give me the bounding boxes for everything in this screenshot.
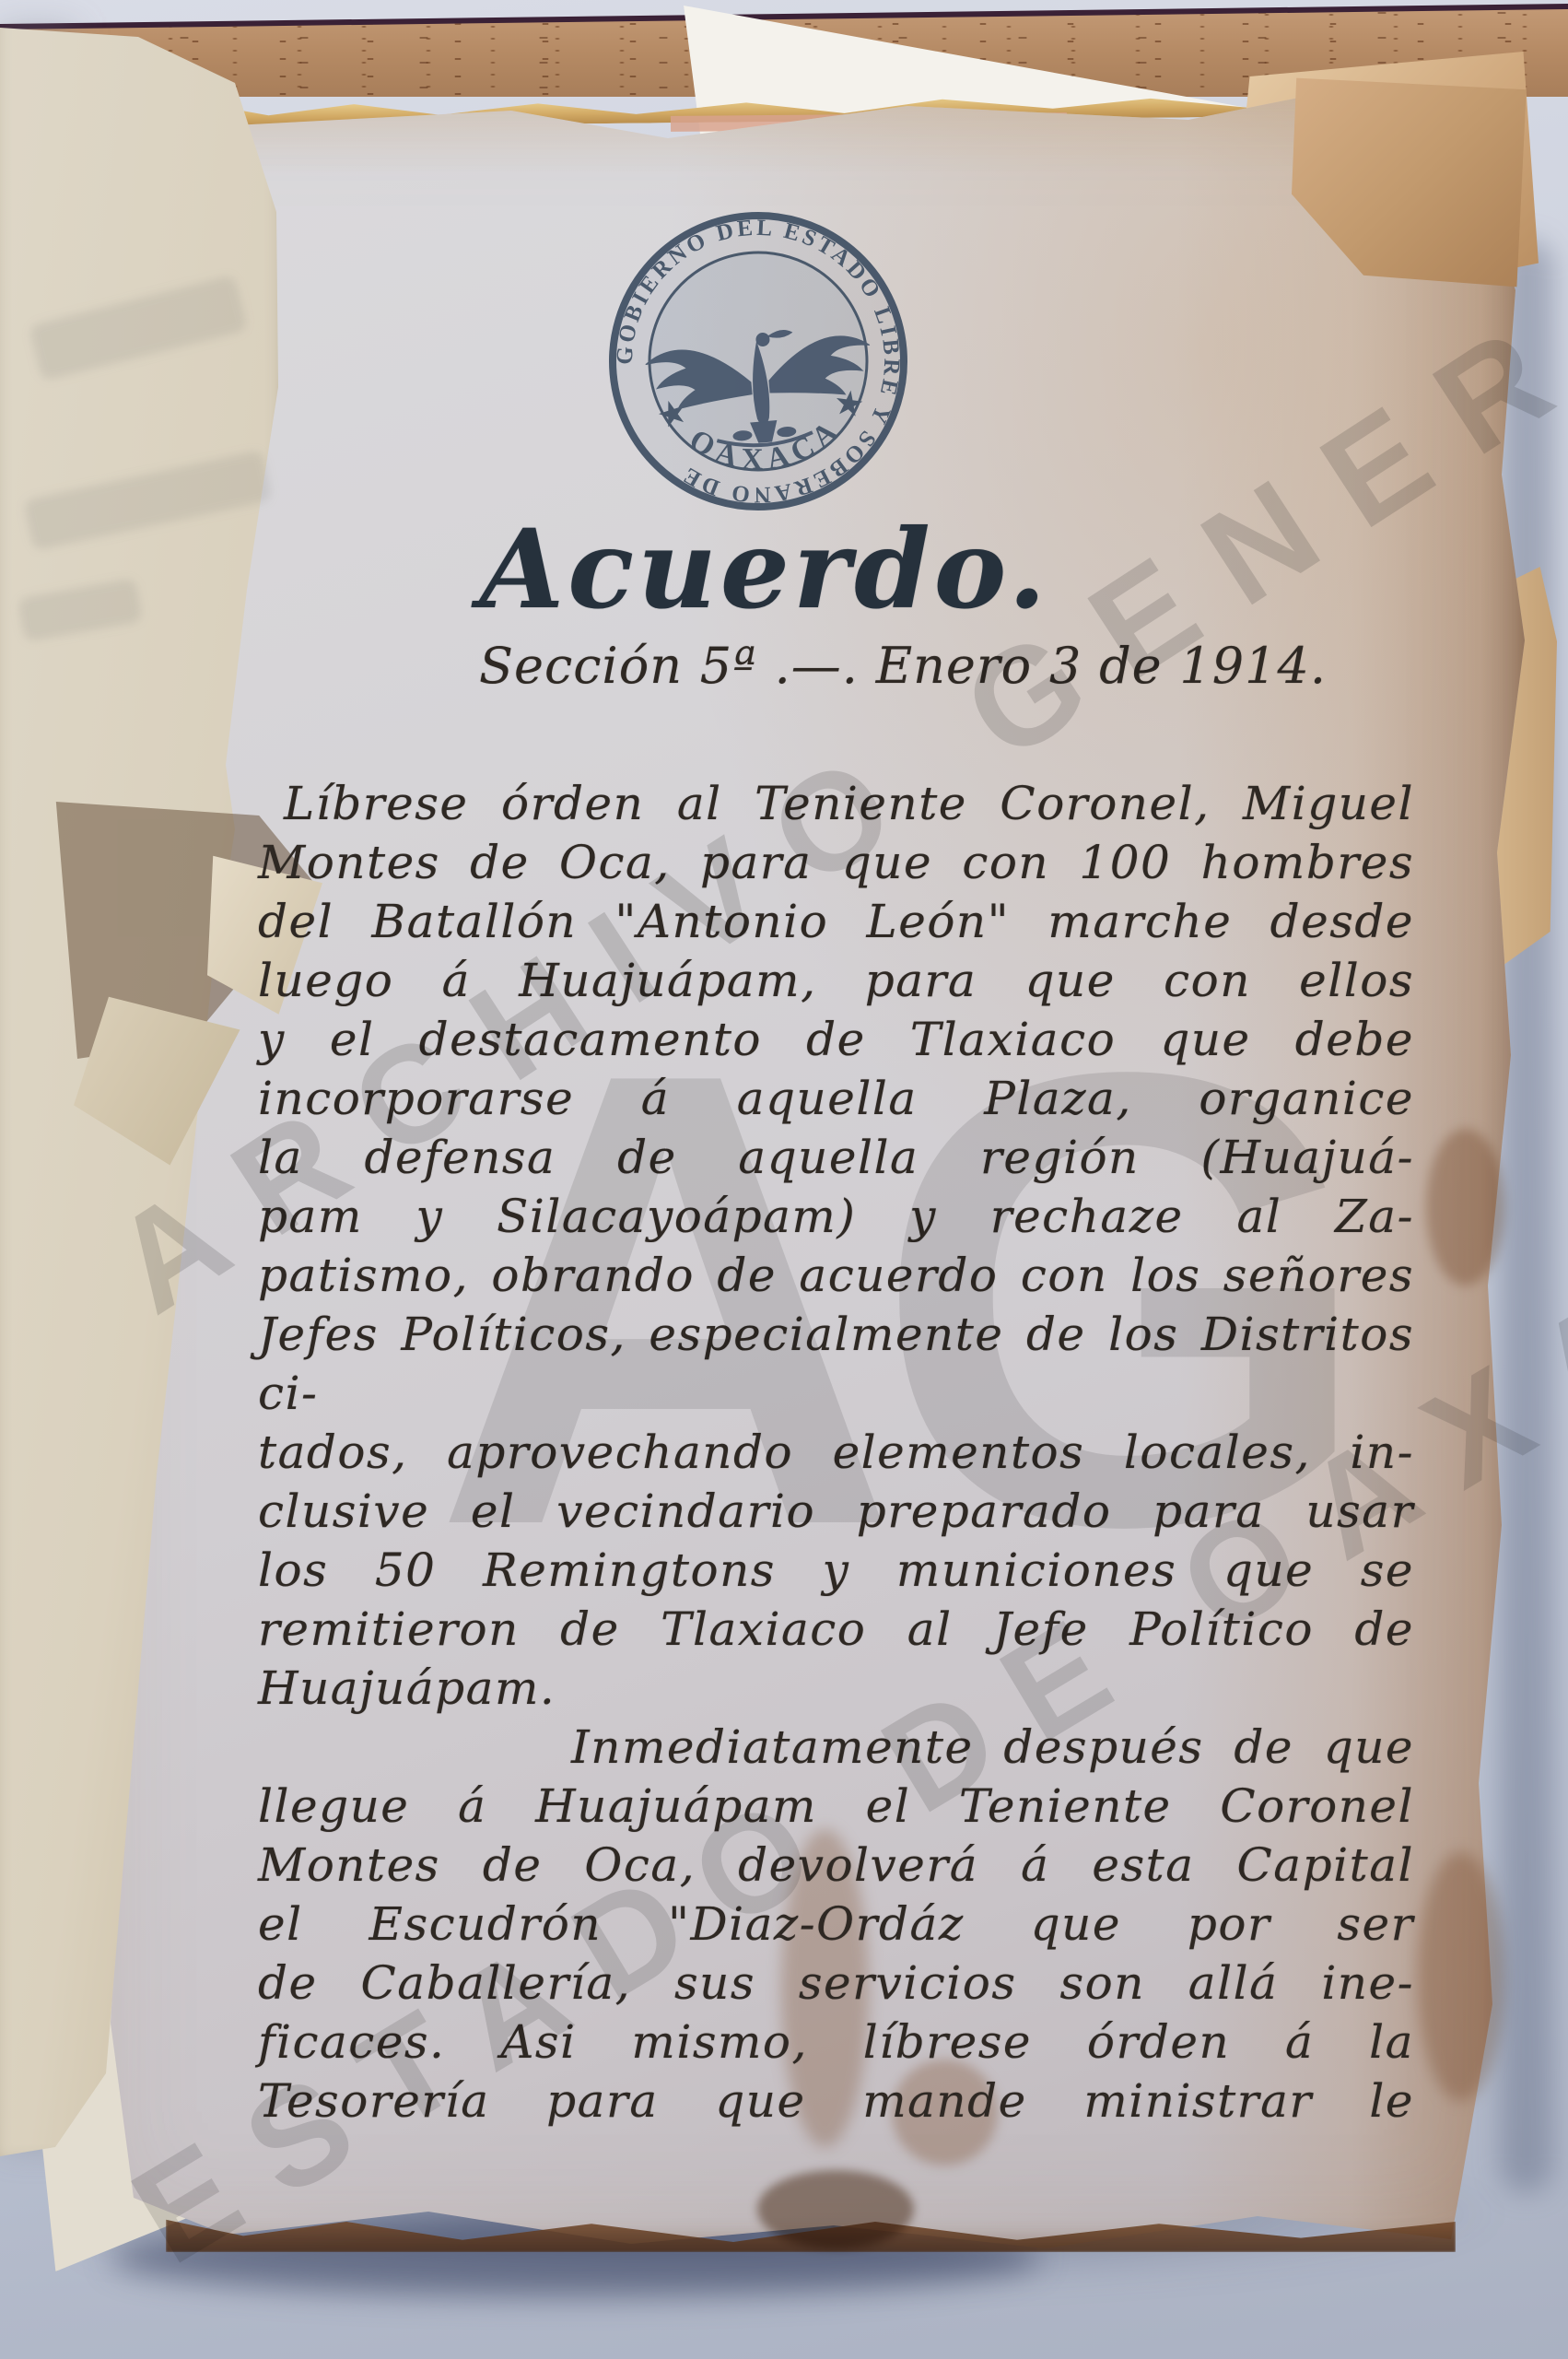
handwritten-line: de Caballería, sus servicios son allá in… bbox=[258, 1954, 1414, 2013]
handwritten-line: del Batallón "Antonio León" marche desde bbox=[258, 892, 1414, 951]
handwritten-line: Jefes Políticos, especialmente de los Di… bbox=[258, 1305, 1414, 1423]
edge-stain bbox=[1417, 1852, 1504, 2101]
oaxaca-government-seal: GOBIERNO DEL ESTADO LIBRE Y SOBERANO DE … bbox=[589, 192, 928, 531]
handwritten-line: el Escudrón "Diaz-Ordáz que por ser bbox=[258, 1895, 1414, 1954]
handwritten-line: Líbrese órden al Teniente Coronel, Migue… bbox=[258, 774, 1414, 833]
handwritten-line: ficaces. Asi mismo, líbrese órden á la bbox=[258, 2013, 1414, 2071]
handwritten-line: los 50 Remingtons y municiones que se bbox=[258, 1541, 1414, 1600]
handwritten-line: Huajuápam. bbox=[258, 1659, 1414, 1718]
edge-stain bbox=[1426, 1129, 1504, 1285]
handwritten-line: Tesorería para que mande ministrar le bbox=[258, 2071, 1414, 2130]
section-dateline: Sección 5ª .—. Enero 3 de 1914. bbox=[479, 634, 1327, 698]
handwritten-line: Montes de Oca, para que con 100 hombres bbox=[258, 833, 1414, 892]
dark-stain bbox=[757, 2170, 914, 2248]
handwritten-line: Montes de Oca, devolverá á esta Capital bbox=[258, 1836, 1414, 1895]
handwritten-line: y el destacamento de Tlaxiaco que debe bbox=[258, 1010, 1414, 1069]
handwritten-line: incorporarse á aquella Plaza, organice bbox=[258, 1069, 1414, 1128]
handwritten-body: Líbrese órden al Teniente Coronel, Migue… bbox=[258, 774, 1414, 2130]
handwritten-line: patismo, obrando de acuerdo con los seño… bbox=[258, 1246, 1414, 1305]
handwritten-line: pam y Silacayoápam) y rechaze al Za- bbox=[258, 1187, 1414, 1246]
archive-photo: GOBIERNO DEL ESTADO LIBRE Y SOBERANO DE … bbox=[0, 0, 1568, 2359]
handwritten-line: tados, aprovechando elementos locales, i… bbox=[258, 1423, 1414, 1482]
handwritten-line: llegue á Huajuápam el Teniente Coronel bbox=[258, 1777, 1414, 1836]
handwritten-line: la defensa de aquella región (Huajuá- bbox=[258, 1128, 1414, 1187]
handwritten-line: luego á Huajuápam, para que con ellos bbox=[258, 951, 1414, 1010]
handwritten-line: Inmediatamente después de que bbox=[258, 1718, 1414, 1777]
handwritten-line: remitieron de Tlaxiaco al Jefe Político … bbox=[258, 1600, 1414, 1659]
handwritten-line: clusive el vecindario preparado para usa… bbox=[258, 1482, 1414, 1541]
document-title: Acuerdo. bbox=[396, 505, 1133, 634]
